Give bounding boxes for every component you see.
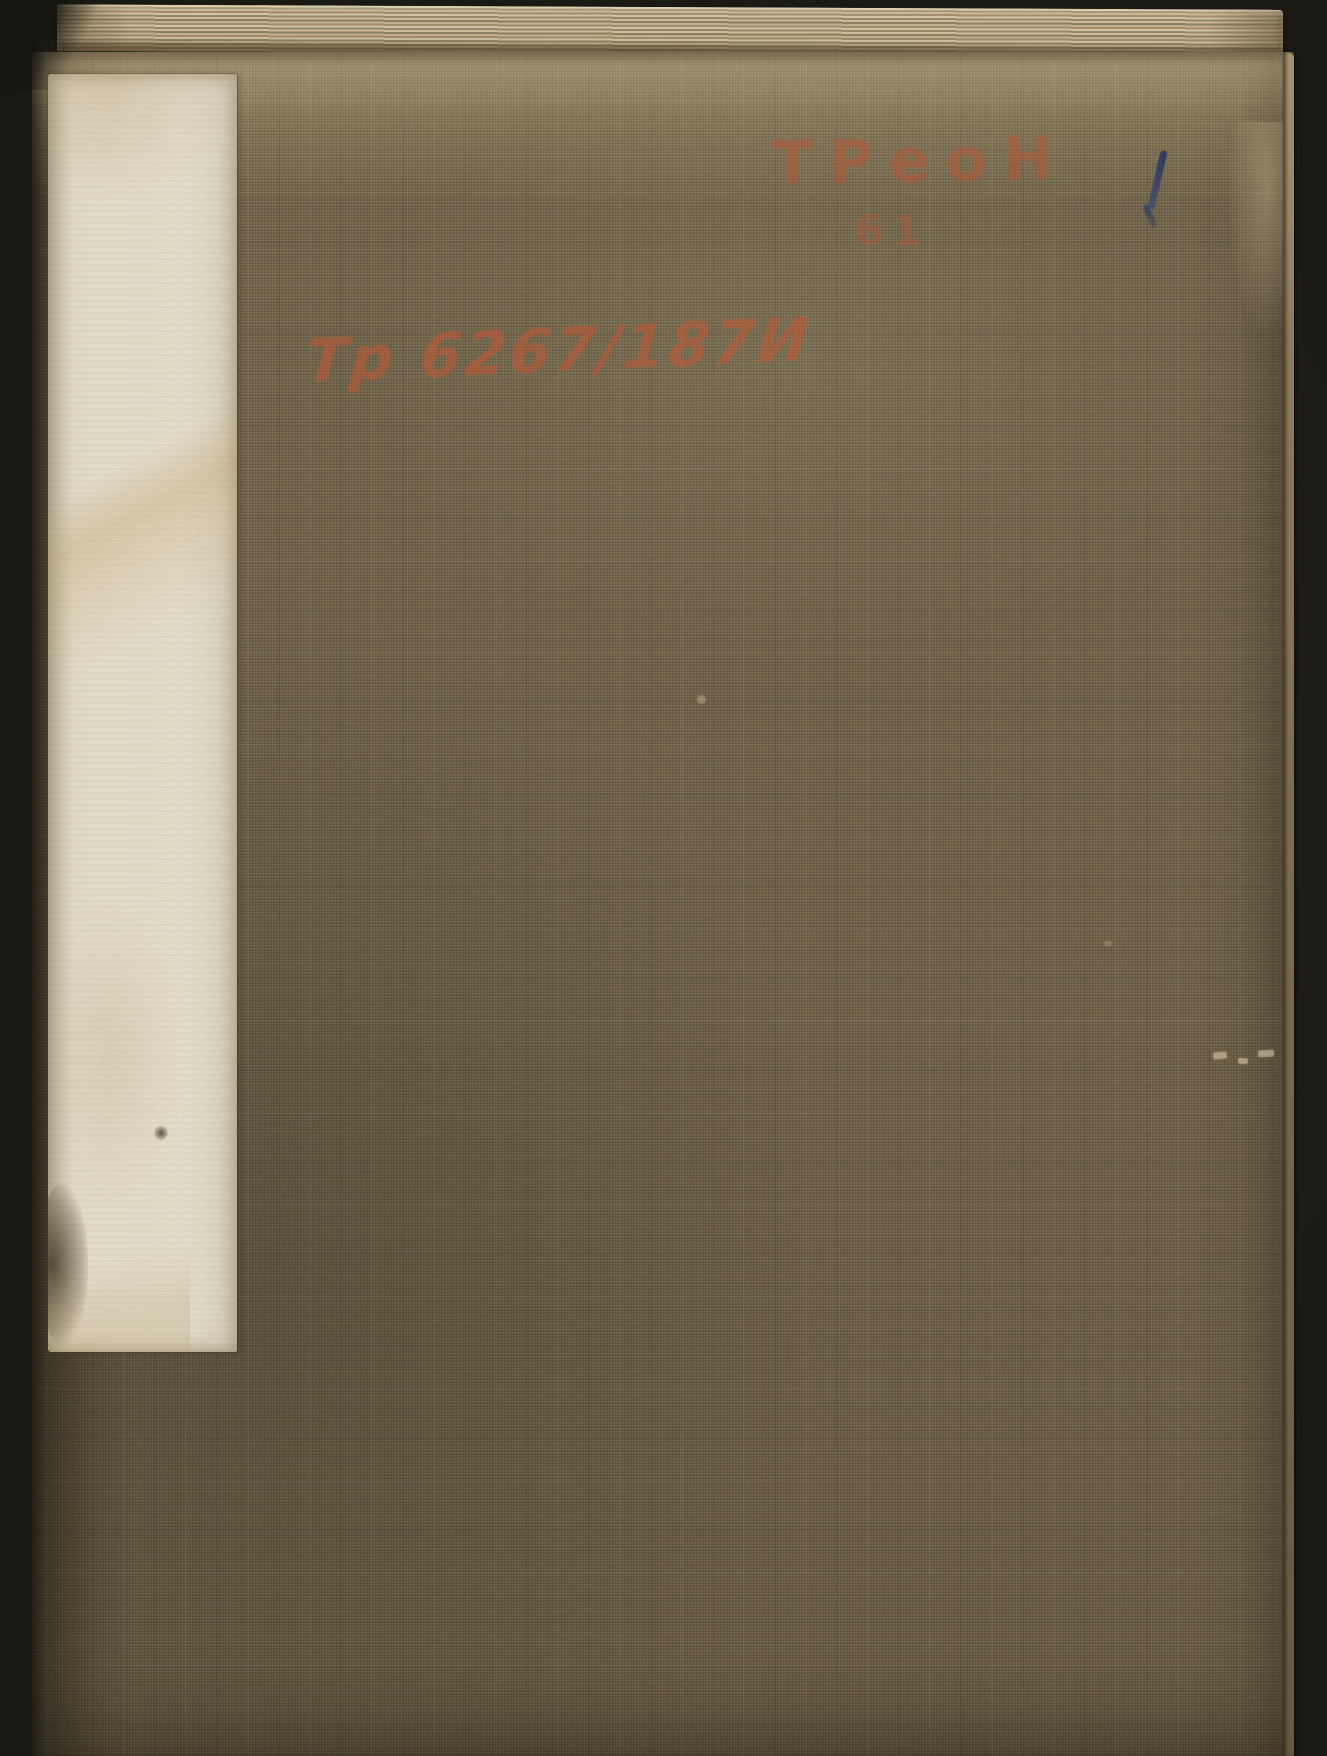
label-stain: [48, 1224, 190, 1352]
red-crayon-stamp-line1: ТРеоН: [771, 123, 1069, 198]
scuff-mark: [1258, 1050, 1274, 1058]
label-stain: [58, 894, 188, 1214]
scuff-mark: [697, 695, 706, 704]
binding-shadow: [0, 0, 46, 1756]
spine-label: [48, 74, 237, 1352]
book-cover-scan: ТРеоН 61 Тр 6267/187И: [0, 0, 1327, 1756]
cover-corner-wear: [1226, 122, 1286, 342]
cover-right-edge: [1283, 52, 1294, 1756]
red-crayon-stamp-line2: 61: [854, 206, 928, 255]
page-edges: [57, 4, 1283, 56]
scuff-mark: [1238, 1058, 1248, 1065]
label-stain: [154, 1126, 168, 1140]
label-stain: [48, 354, 237, 694]
scuff-mark: [1213, 1051, 1228, 1059]
label-stain: [48, 74, 237, 204]
scuff-mark: [1104, 941, 1112, 946]
